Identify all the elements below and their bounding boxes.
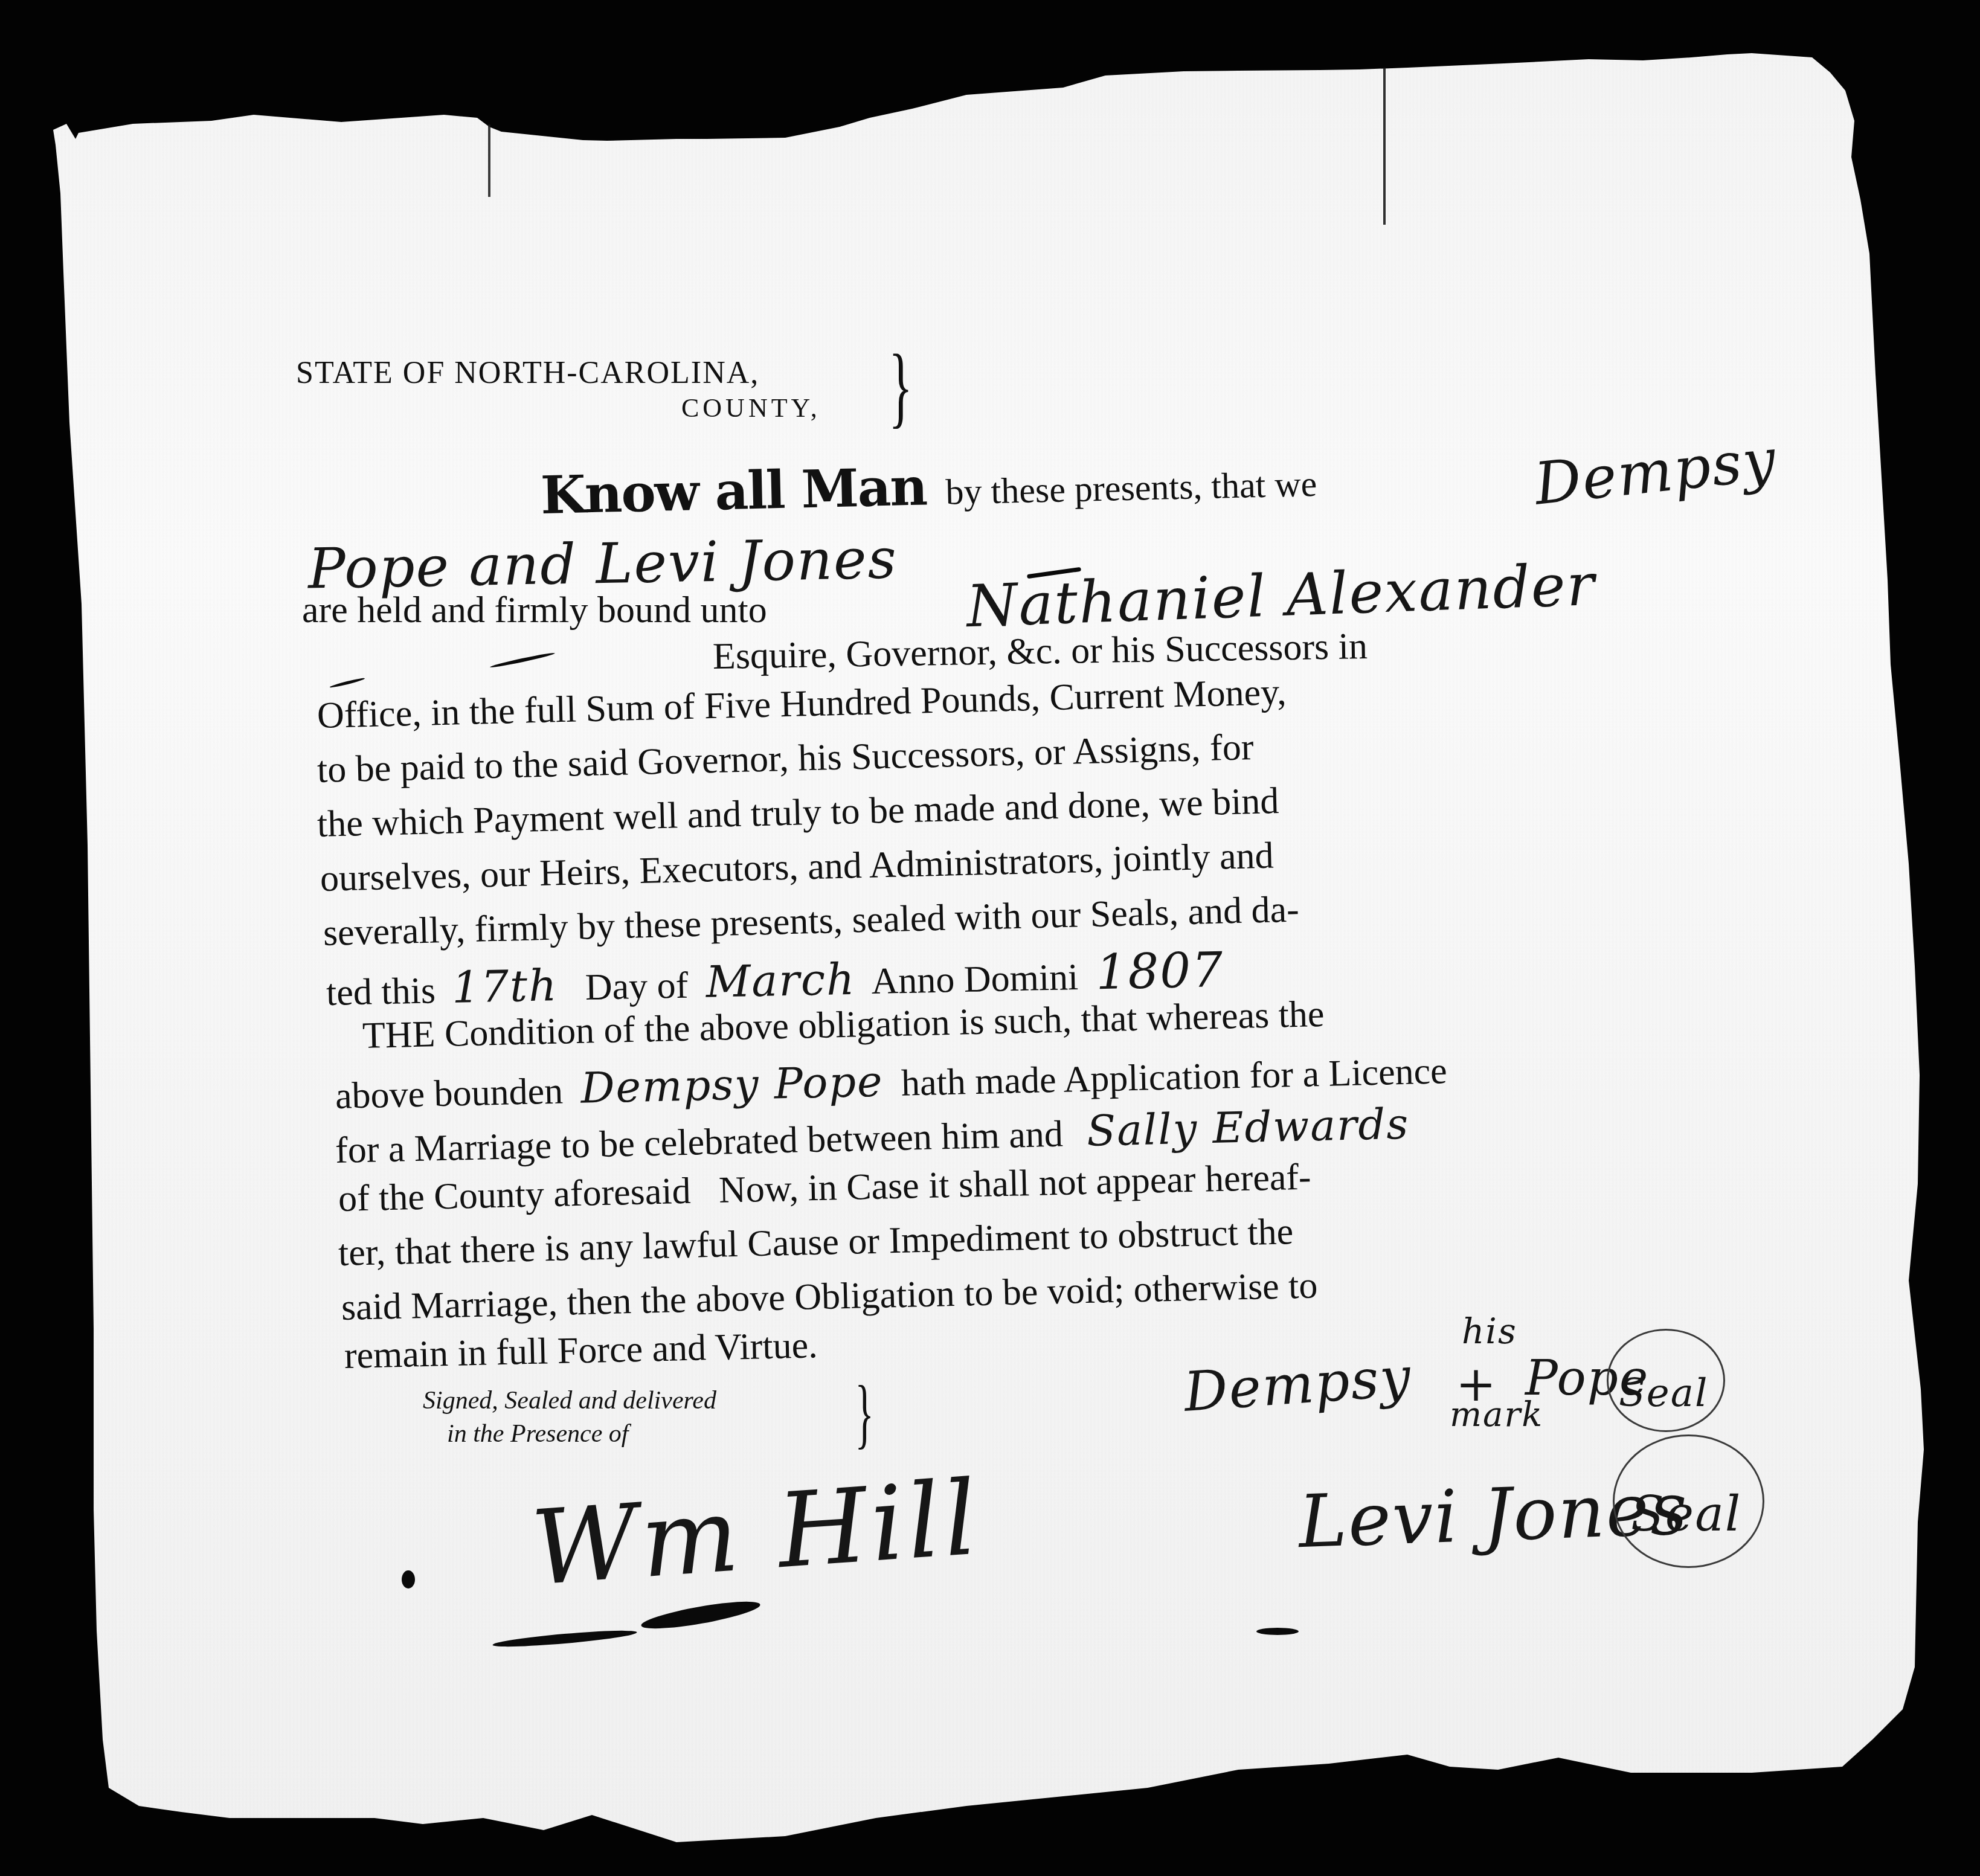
date-year: 1807 (1096, 942, 1224, 1000)
condition-line-2-before: above bounden (335, 1070, 564, 1117)
attestation-brace: } (855, 1374, 874, 1453)
date-prefix: ted this (326, 970, 436, 1013)
know-all-man: Know all Man (540, 457, 927, 526)
opening-printed: by these presents, that we (945, 464, 1317, 512)
ink-dash (1256, 1628, 1299, 1635)
date-month: March (706, 954, 856, 1007)
signer-1-seal: Seal (1619, 1371, 1708, 1416)
county-line: COUNTY, (681, 393, 821, 423)
scan-background: STATE OF NORTH-CAROLINA, COUNTY, } Know … (0, 0, 1980, 1876)
state-line: STATE OF NORTH-CAROLINA, (296, 356, 759, 390)
county-heading: COUNTY, (681, 393, 821, 423)
signer-1-his: his (1462, 1311, 1517, 1352)
date-day: 17th (451, 960, 558, 1013)
bound-unto-line: are held and firmly bound unto (302, 589, 767, 632)
attestation-line-1: Signed, Sealed and delivered (423, 1386, 716, 1415)
bride-name: Sally Edwards (1086, 1099, 1410, 1156)
fold-crease-left (488, 124, 490, 197)
attestation-line-2: in the Presence of (447, 1419, 629, 1448)
attestation-text-1: Signed, Sealed and delivered (423, 1387, 716, 1415)
year-label: Anno Domini (871, 957, 1079, 1002)
heading-brace: } (889, 341, 913, 432)
body-line-2-text: Esquire, Governor, &c. or his Successors… (712, 626, 1368, 677)
signer-2-seal: Seal (1631, 1486, 1741, 1542)
bound-unto-text: are held and firmly bound unto (302, 589, 767, 631)
attestation-text-2: in the Presence of (447, 1420, 629, 1448)
fold-crease-right (1383, 68, 1386, 225)
state-heading: STATE OF NORTH-CAROLINA, (296, 355, 759, 391)
day-label: Day of (585, 965, 689, 1008)
ink-blot (402, 1570, 415, 1588)
applicant-name: Dempsy Pope (580, 1056, 884, 1113)
